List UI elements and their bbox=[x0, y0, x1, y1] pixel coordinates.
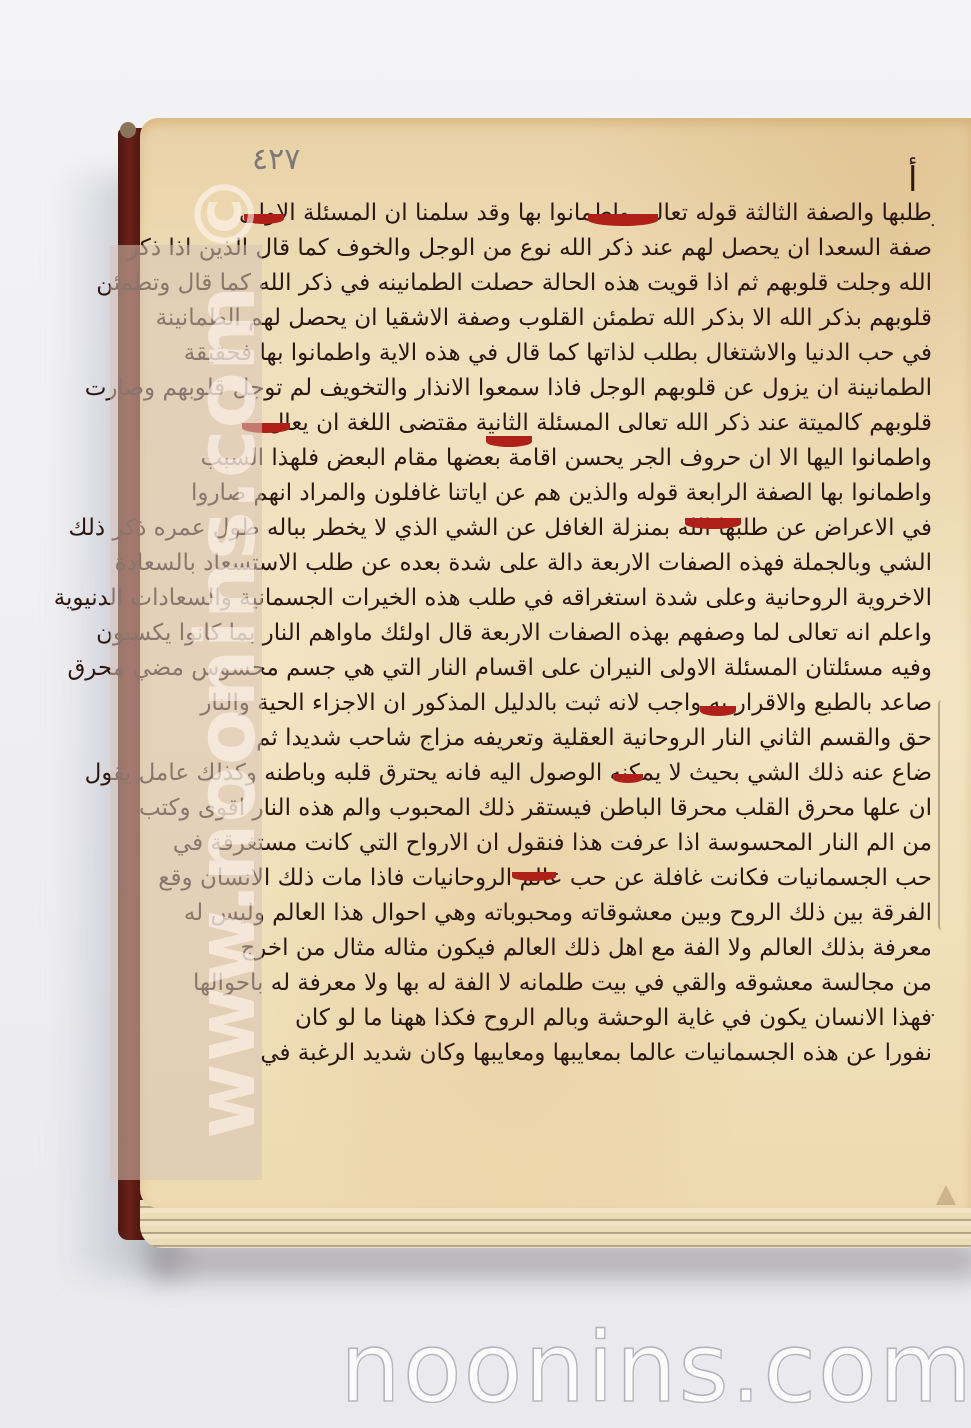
text-line: قلوبهم كالميتة عند ذكر الله تعالى المسئل… bbox=[232, 406, 932, 441]
text-line: الاخروية الروحانية وعلى شدة استغراقه في … bbox=[232, 581, 932, 616]
text-line: نفورا عن هذه الجسمانيات عالما بمعايبها و… bbox=[232, 1036, 932, 1071]
cover-corner bbox=[120, 122, 136, 138]
text-line: قلوبهم بذكر الله الا بذكر الله تطمئن الق… bbox=[232, 301, 932, 336]
text-line: الفرقة بين ذلك الروح وبين معشوقاته ومحبو… bbox=[232, 896, 932, 931]
text-line: الله وجلت قلوبهم ثم اذا قويت هذه الحالة … bbox=[232, 266, 932, 301]
text-line: معرفة بذلك العالم ولا الفة مع اهل ذلك ال… bbox=[232, 931, 932, 966]
red-rubric-mark bbox=[685, 518, 741, 529]
watermark-bottom-text: noonins.com bbox=[340, 1320, 971, 1416]
red-rubric-mark bbox=[700, 706, 736, 716]
manuscript-text-block: طلبها والصفة الثالثة قوله تعالى واطمانوا… bbox=[232, 196, 932, 1071]
text-line: في حب الدنيا والاشتغال بطلب لذاتها كما ق… bbox=[232, 336, 932, 371]
text-line: حب الجسمانيات فكانت غافلة عن حب عالم الر… bbox=[232, 861, 932, 896]
text-line: الطمانينة ان يزول عن قلوبهم الوجل فاذا س… bbox=[232, 371, 932, 406]
text-line: واعلم انه تعالى لما وصفهم بهذه الصفات ال… bbox=[232, 616, 932, 651]
watermark-vertical-text: www.noonins.com © bbox=[186, 172, 268, 1139]
margin-dot: . bbox=[930, 210, 936, 231]
text-line: حق والقسم الثاني النار الروحانية العقلية… bbox=[232, 721, 932, 756]
text-line: ضاع عنه ذلك الشي بحيث لا يمكنه الوصول ال… bbox=[232, 756, 932, 791]
text-line: في الاعراض عن طلبها الله بمنزلة الغافل ع… bbox=[232, 511, 932, 546]
text-line: ان علها محرق القلب محرقا الباطن فيستقر ذ… bbox=[232, 791, 932, 826]
text-line: طلبها والصفة الثالثة قوله تعالى واطمانوا… bbox=[232, 196, 932, 231]
margin-dot: . bbox=[930, 1000, 936, 1021]
text-line: وفيه مسئلتان المسئلة الاولى النيران على … bbox=[232, 651, 932, 686]
text-line: الشي وبالجملة فهذه الصفات الاربعة دالة ع… bbox=[232, 546, 932, 581]
text-line: من مجالسة معشوقه والقي في بيت طلمانه لا … bbox=[232, 966, 932, 1001]
text-line: واطمانوا اليها الا ان حروف الجر يحسن اقا… bbox=[232, 441, 932, 476]
text-line: من الم النار المحسوسة اذا عرفت هذا فنقول… bbox=[232, 826, 932, 861]
red-rubric-mark bbox=[613, 774, 643, 783]
red-rubric-mark bbox=[486, 436, 532, 447]
corner-catchword: أ bbox=[908, 160, 917, 200]
red-rubric-mark bbox=[512, 872, 556, 881]
red-rubric-mark bbox=[588, 214, 658, 226]
text-line: فهذا الانسان يكون في غاية الوحشة وبالم ا… bbox=[232, 1001, 932, 1036]
text-line: صفة السعدا ان يحصل لهم عند ذكر الله نوع … bbox=[232, 231, 932, 266]
text-line: واطمانوا بها الصفة الرابعة قوله والذين ه… bbox=[232, 476, 932, 511]
page-corner-fold bbox=[936, 1185, 956, 1205]
margin-ruling-mark bbox=[938, 700, 946, 930]
text-line: صاعد بالطبع والاقرار به واجب لانه ثبت با… bbox=[232, 686, 932, 721]
